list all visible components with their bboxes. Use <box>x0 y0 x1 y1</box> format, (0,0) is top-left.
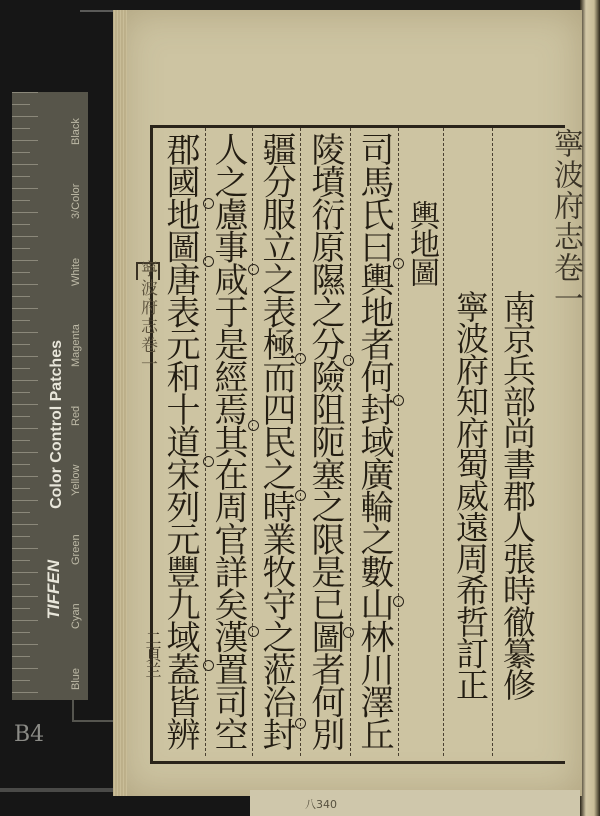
page-stack-edge <box>113 10 127 796</box>
punctuation-circle <box>343 355 354 366</box>
column-rule <box>398 128 399 756</box>
body-column: 郡國地圖唐表元和十道宋列元豐九域蓋皆辨 <box>160 132 200 750</box>
card-patch-labels: Blue Cyan Green Yellow Red Magenta White… <box>70 118 82 690</box>
punctuation-circle <box>393 258 404 269</box>
punctuation-circle <box>248 626 259 637</box>
column-rule <box>252 128 253 756</box>
column-rule <box>350 128 351 756</box>
punctuation-circle <box>393 596 404 607</box>
punctuation-circle <box>248 264 259 275</box>
body-column: 疆分服立之表極而四民之時業牧守之蒞治封 <box>256 132 296 750</box>
section-heading: 輿地圖 <box>403 200 439 286</box>
editor-line: 寧波府知府蜀威遠周希哲訂正 <box>450 290 490 700</box>
board-label: B4 <box>14 722 44 747</box>
compiler-line: 南京兵部尚書郡人張時徹纂修 <box>497 290 537 700</box>
book-right-edge <box>580 0 600 816</box>
patch-label: Green <box>70 535 82 566</box>
card-ruler-ticks <box>30 92 38 700</box>
punctuation-circle <box>203 256 214 267</box>
board-bottom-line <box>0 788 130 792</box>
body-column: 人之慮事咸于是經焉其在周官詳矣漢置司空 <box>208 132 248 750</box>
body-column: 陵墳衍原隰之分險阻阨塞之限是已圖者何別 <box>305 132 345 750</box>
punctuation-circle <box>295 490 306 501</box>
patch-label: 3/Color <box>70 184 82 219</box>
patch-label: Black <box>70 118 82 145</box>
patch-label: White <box>70 258 82 286</box>
body-column: 司馬氏曰輿地者何封域廣輪之數山林川澤丘 <box>354 132 394 750</box>
card-brand: TIFFEN <box>44 560 64 620</box>
patch-label: Red <box>70 406 82 426</box>
card-title: Color Control Patches <box>48 340 66 509</box>
punctuation-circle <box>393 395 404 406</box>
punctuation-circle <box>203 456 214 467</box>
punctuation-circle <box>203 660 214 671</box>
column-rule <box>300 128 301 756</box>
punctuation-circle <box>295 718 306 729</box>
punctuation-circle <box>343 627 354 638</box>
fold-center-title: 寧波府志卷一 <box>136 260 160 374</box>
bottom-slip <box>250 790 580 816</box>
slip-note: 八340 <box>305 796 337 812</box>
column-rule <box>492 128 493 756</box>
patch-label: Magenta <box>70 324 82 367</box>
patch-label: Cyan <box>70 604 82 630</box>
patch-label: Yellow <box>70 465 82 496</box>
header-title: 寧波府志卷一 <box>548 128 582 314</box>
board-notch <box>72 700 114 722</box>
punctuation-circle <box>248 420 259 431</box>
column-rule <box>443 128 444 756</box>
punctuation-circle <box>203 198 214 209</box>
punctuation-circle <box>295 353 306 364</box>
patch-label: Blue <box>70 668 82 690</box>
card-ruler-scale <box>12 92 30 700</box>
